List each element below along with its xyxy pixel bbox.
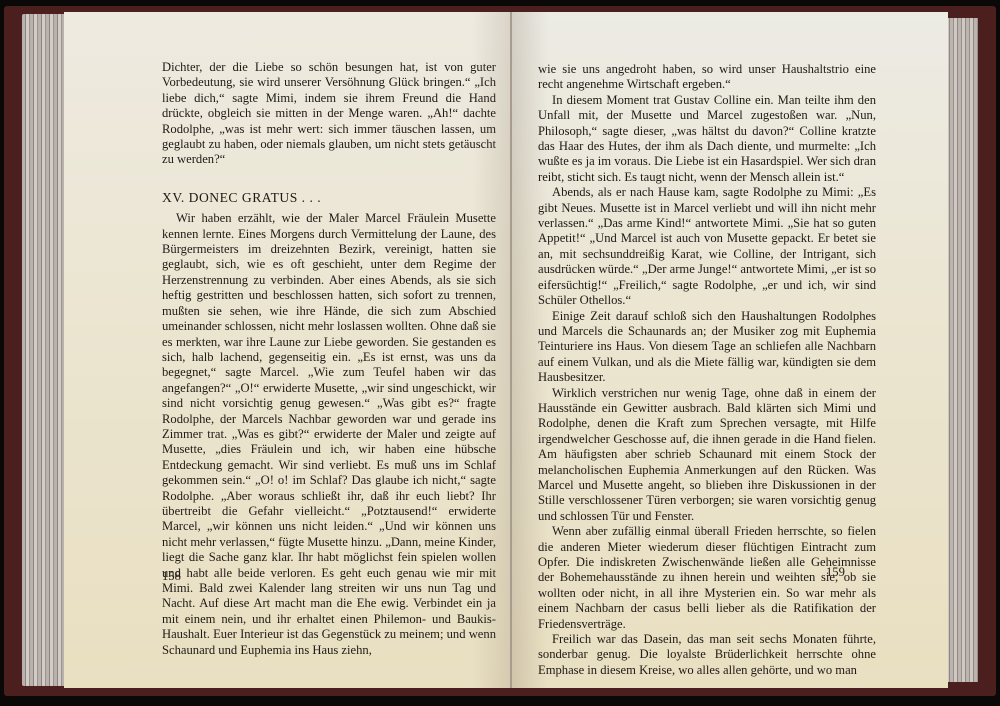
right-page-text: wie sie uns angedroht haben, so wird uns… xyxy=(538,62,876,678)
left-paragraph: Wir haben erzählt, wie der Maler Marcel … xyxy=(162,211,496,658)
page-number-left: 158 xyxy=(162,569,181,584)
right-page: wie sie uns angedroht haben, so wird uns… xyxy=(512,12,948,688)
chapter-heading: XV. DONEC GRATUS . . . xyxy=(162,190,496,205)
right-paragraph: Freilich war das Dasein, das man seit se… xyxy=(538,632,876,678)
right-paragraph: In diesem Moment trat Gustav Colline ein… xyxy=(538,93,876,185)
right-paragraph: Abends, als er nach Hause kam, sagte Rod… xyxy=(538,185,876,308)
right-paragraph: Wirklich verstrichen nur wenig Tage, ohn… xyxy=(538,386,876,525)
left-page-text: Dichter, der die Liebe so schön besungen… xyxy=(162,60,496,658)
left-opening-paragraph: Dichter, der die Liebe so schön besungen… xyxy=(162,60,496,168)
right-opening-paragraph: wie sie uns angedroht haben, so wird uns… xyxy=(538,62,876,93)
page-number-right: 159 xyxy=(826,565,845,580)
left-page: Dichter, der die Liebe so schön besungen… xyxy=(64,12,512,688)
right-paragraph: Einige Zeit darauf schloß sich den Haush… xyxy=(538,309,876,386)
page-edges-left xyxy=(22,14,66,686)
page-edges-right xyxy=(946,18,978,682)
